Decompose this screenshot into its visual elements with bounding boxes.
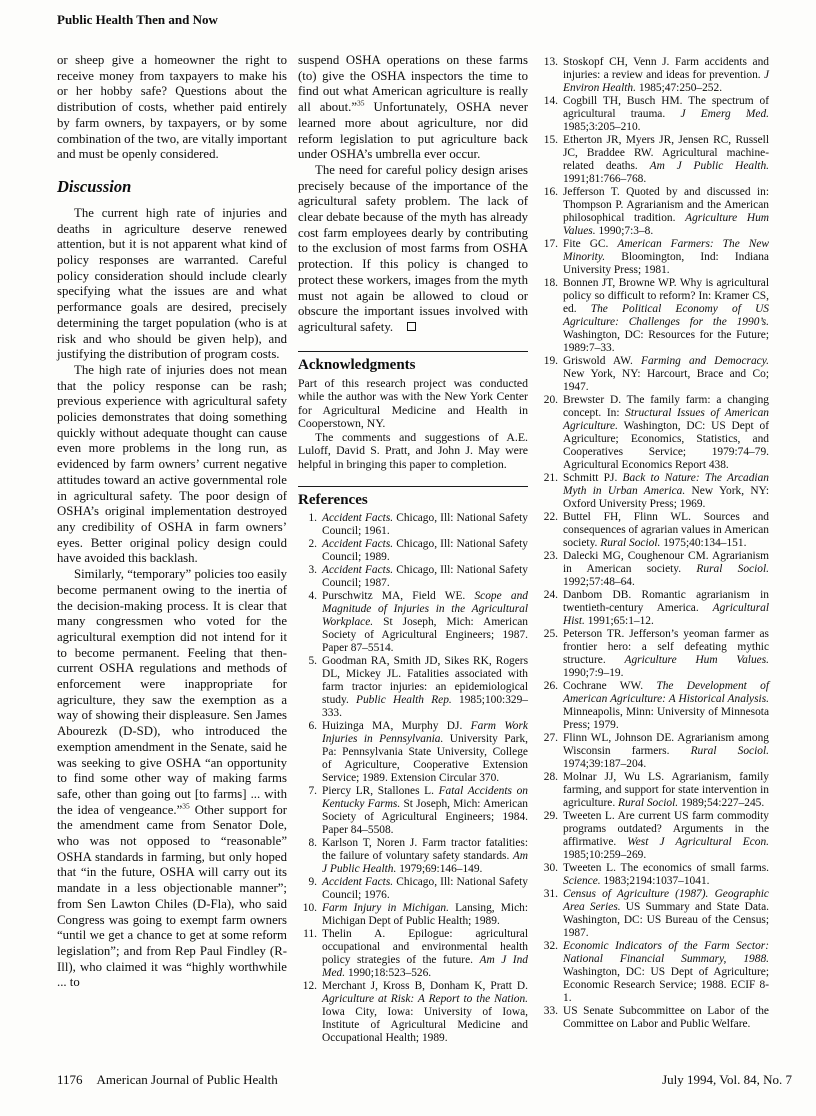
reference-text: Danbom DB. Romantic agrarianism in twent… [558, 589, 769, 628]
end-of-article-box-icon [407, 322, 416, 331]
reference-text: Tweeten L. The economics of small farms.… [558, 862, 769, 888]
running-head: Public Health Then and Now [57, 12, 218, 28]
paragraph-continuation: suspend OSHA operations on these farms (… [298, 53, 528, 163]
reference-number: 3. [298, 564, 317, 590]
reference-number: 17. [539, 238, 558, 277]
discussion-heading: Discussion [57, 177, 287, 197]
reference-number: 23. [539, 550, 558, 589]
reference-item: 29. Tweeten L. Are current US farm commo… [539, 810, 769, 862]
reference-text: Griswold AW. Farming and Democracy. New … [558, 355, 769, 394]
article-columns: or sheep give a homeowner the right to r… [57, 53, 769, 1045]
acknowledgments-paragraph: The comments and suggestions of A.E. Lul… [298, 431, 528, 472]
reference-item: 17. Fite GC. American Farmers: The New M… [539, 238, 769, 277]
reference-number: 25. [539, 628, 558, 680]
reference-item: 33. US Senate Subcommittee on Labor of t… [539, 1005, 769, 1031]
reference-text: Purschwitz MA, Field WE. Scope and Magni… [317, 590, 528, 655]
reference-text: Accident Facts. Chicago, Ill: National S… [317, 538, 528, 564]
reference-item: 32. Economic Indicators of the Farm Sect… [539, 940, 769, 1005]
journal-name: American Journal of Public Health [97, 1072, 278, 1088]
reference-item: 30. Tweeten L. The economics of small fa… [539, 862, 769, 888]
reference-item: 12. Merchant J, Kross B, Donham K, Pratt… [298, 980, 528, 1045]
reference-item: 25. Peterson TR. Jefferson’s yeoman farm… [539, 628, 769, 680]
section-divider [298, 351, 528, 352]
reference-number: 7. [298, 785, 317, 837]
reference-item: 11. Thelin A. Epilogue: agricultural occ… [298, 928, 528, 980]
reference-number: 1. [298, 512, 317, 538]
paragraph: The need for careful policy design arise… [298, 163, 528, 336]
reference-item: 9. Accident Facts. Chicago, Ill: Nationa… [298, 876, 528, 902]
reference-item: 6. Huizinga MA, Murphy DJ. Farm Work Inj… [298, 720, 528, 785]
reference-text: Thelin A. Epilogue: agricultural occupat… [317, 928, 528, 980]
section-divider [298, 486, 528, 487]
reference-number: 20. [539, 394, 558, 472]
reference-number: 10. [298, 902, 317, 928]
reference-item: 10. Farm Injury in Michigan. Lansing, Mi… [298, 902, 528, 928]
reference-number: 2. [298, 538, 317, 564]
column-1: or sheep give a homeowner the right to r… [57, 53, 287, 1045]
reference-text: Cochrane WW. The Development of American… [558, 680, 769, 732]
reference-item: 2. Accident Facts. Chicago, Ill: Nationa… [298, 538, 528, 564]
reference-text: Accident Facts. Chicago, Ill: National S… [317, 564, 528, 590]
reference-text: Fite GC. American Farmers: The New Minor… [558, 238, 769, 277]
page-number: 1176 [57, 1072, 83, 1088]
reference-number: 22. [539, 511, 558, 550]
reference-item: 16. Jefferson T. Quoted by and discussed… [539, 186, 769, 238]
reference-number: 32. [539, 940, 558, 1005]
reference-text: Jefferson T. Quoted by and discussed in:… [558, 186, 769, 238]
column-2: suspend OSHA operations on these farms (… [298, 53, 528, 1045]
reference-text: Stoskopf CH, Venn J. Farm accidents and … [558, 56, 769, 95]
reference-number: 21. [539, 472, 558, 511]
reference-number: 4. [298, 590, 317, 655]
reference-number: 27. [539, 732, 558, 771]
reference-number: 19. [539, 355, 558, 394]
reference-number: 8. [298, 837, 317, 876]
reference-item: 7. Piercy LR, Stallones L. Fatal Acciden… [298, 785, 528, 837]
reference-text: Etherton JR, Myers JR, Jensen RC, Russel… [558, 134, 769, 186]
reference-text: US Senate Subcommittee on Labor of the C… [558, 1005, 769, 1031]
reference-number: 31. [539, 888, 558, 940]
reference-text: Farm Injury in Michigan. Lansing, Mich: … [317, 902, 528, 928]
acknowledgments-paragraph: Part of this research project was conduc… [298, 377, 528, 431]
reference-number: 33. [539, 1005, 558, 1031]
paragraph: The current high rate of injuries and de… [57, 206, 287, 363]
reference-item: 23. Dalecki MG, Coughenour CM. Agrariani… [539, 550, 769, 589]
reference-item: 22. Buttel FH, Flinn WL. Sources and con… [539, 511, 769, 550]
reference-text: Economic Indicators of the Farm Sector: … [558, 940, 769, 1005]
reference-number: 6. [298, 720, 317, 785]
reference-text: Dalecki MG, Coughenour CM. Agrarianism i… [558, 550, 769, 589]
reference-text: Bonnen JT, Browne WP. Why is agricultura… [558, 277, 769, 355]
reference-text: Peterson TR. Jefferson’s yeoman farmer a… [558, 628, 769, 680]
reference-item: 3. Accident Facts. Chicago, Ill: Nationa… [298, 564, 528, 590]
reference-text: Schmitt PJ. Back to Nature: The Arcadian… [558, 472, 769, 511]
reference-text: Brewster D. The family farm: a changing … [558, 394, 769, 472]
reference-text: Goodman RA, Smith JD, Sikes RK, Rogers D… [317, 655, 528, 720]
references-heading: References [298, 492, 528, 509]
reference-number: 12. [298, 980, 317, 1045]
reference-number: 18. [539, 277, 558, 355]
reference-number: 11. [298, 928, 317, 980]
reference-number: 24. [539, 589, 558, 628]
reference-item: 28. Molnar JJ, Wu LS. Agrarianism, famil… [539, 771, 769, 810]
reference-text: Census of Agriculture (1987). Geographic… [558, 888, 769, 940]
reference-item: 24. Danbom DB. Romantic agrarianism in t… [539, 589, 769, 628]
paragraph: Similarly, “temporary” policies too easi… [57, 567, 287, 991]
paragraph: The high rate of injuries does not mean … [57, 363, 287, 567]
reference-item: 5. Goodman RA, Smith JD, Sikes RK, Roger… [298, 655, 528, 720]
reference-number: 28. [539, 771, 558, 810]
reference-text: Merchant J, Kross B, Donham K, Pratt D. … [317, 980, 528, 1045]
paragraph-continuation: or sheep give a homeowner the right to r… [57, 53, 287, 163]
paragraph-text: The need for careful policy design arise… [298, 163, 528, 334]
reference-text: Buttel FH, Flinn WL. Sources and consequ… [558, 511, 769, 550]
reference-number: 26. [539, 680, 558, 732]
reference-item: 8. Karlson T, Noren J. Farm tractor fata… [298, 837, 528, 876]
reference-number: 14. [539, 95, 558, 134]
reference-item: 27. Flinn WL, Johnson DE. Agrarianism am… [539, 732, 769, 771]
reference-text: Accident Facts. Chicago, Ill: National S… [317, 876, 528, 902]
reference-number: 16. [539, 186, 558, 238]
reference-item: 26. Cochrane WW. The Development of Amer… [539, 680, 769, 732]
reference-list: 13. Stoskopf CH, Venn J. Farm accidents … [539, 56, 769, 1031]
issue-info: July 1994, Vol. 84, No. 7 [662, 1072, 792, 1088]
reference-text: Cogbill TH, Busch HM. The spectrum of ag… [558, 95, 769, 134]
reference-text: Molnar JJ, Wu LS. Agrarianism, family fa… [558, 771, 769, 810]
reference-text: Piercy LR, Stallones L. Fatal Accidents … [317, 785, 528, 837]
reference-number: 5. [298, 655, 317, 720]
reference-item: 1. Accident Facts. Chicago, Ill: Nationa… [298, 512, 528, 538]
reference-number: 29. [539, 810, 558, 862]
reference-item: 14. Cogbill TH, Busch HM. The spectrum o… [539, 95, 769, 134]
reference-text: Accident Facts. Chicago, Ill: National S… [317, 512, 528, 538]
acknowledgments-heading: Acknowledgments [298, 357, 528, 374]
reference-item: 21. Schmitt PJ. Back to Nature: The Arca… [539, 472, 769, 511]
journal-page: Public Health Then and Now or sheep give… [0, 0, 816, 1116]
reference-item: 4. Purschwitz MA, Field WE. Scope and Ma… [298, 590, 528, 655]
reference-text: Tweeten L. Are current US farm commodity… [558, 810, 769, 862]
reference-text: Flinn WL, Johnson DE. Agrarianism among … [558, 732, 769, 771]
reference-number: 13. [539, 56, 558, 95]
column-3: 13. Stoskopf CH, Venn J. Farm accidents … [539, 53, 769, 1045]
reference-item: 19. Griswold AW. Farming and Democracy. … [539, 355, 769, 394]
reference-item: 18. Bonnen JT, Browne WP. Why is agricul… [539, 277, 769, 355]
reference-text: Huizinga MA, Murphy DJ. Farm Work Injuri… [317, 720, 528, 785]
page-footer: 1176 American Journal of Public Health J… [57, 1072, 792, 1088]
reference-text: Karlson T, Noren J. Farm tractor fatalit… [317, 837, 528, 876]
reference-item: 13. Stoskopf CH, Venn J. Farm accidents … [539, 56, 769, 95]
reference-item: 31. Census of Agriculture (1987). Geogra… [539, 888, 769, 940]
reference-number: 15. [539, 134, 558, 186]
reference-item: 20. Brewster D. The family farm: a chang… [539, 394, 769, 472]
reference-list: 1. Accident Facts. Chicago, Ill: Nationa… [298, 512, 528, 1045]
reference-number: 9. [298, 876, 317, 902]
reference-item: 15. Etherton JR, Myers JR, Jensen RC, Ru… [539, 134, 769, 186]
reference-number: 30. [539, 862, 558, 888]
